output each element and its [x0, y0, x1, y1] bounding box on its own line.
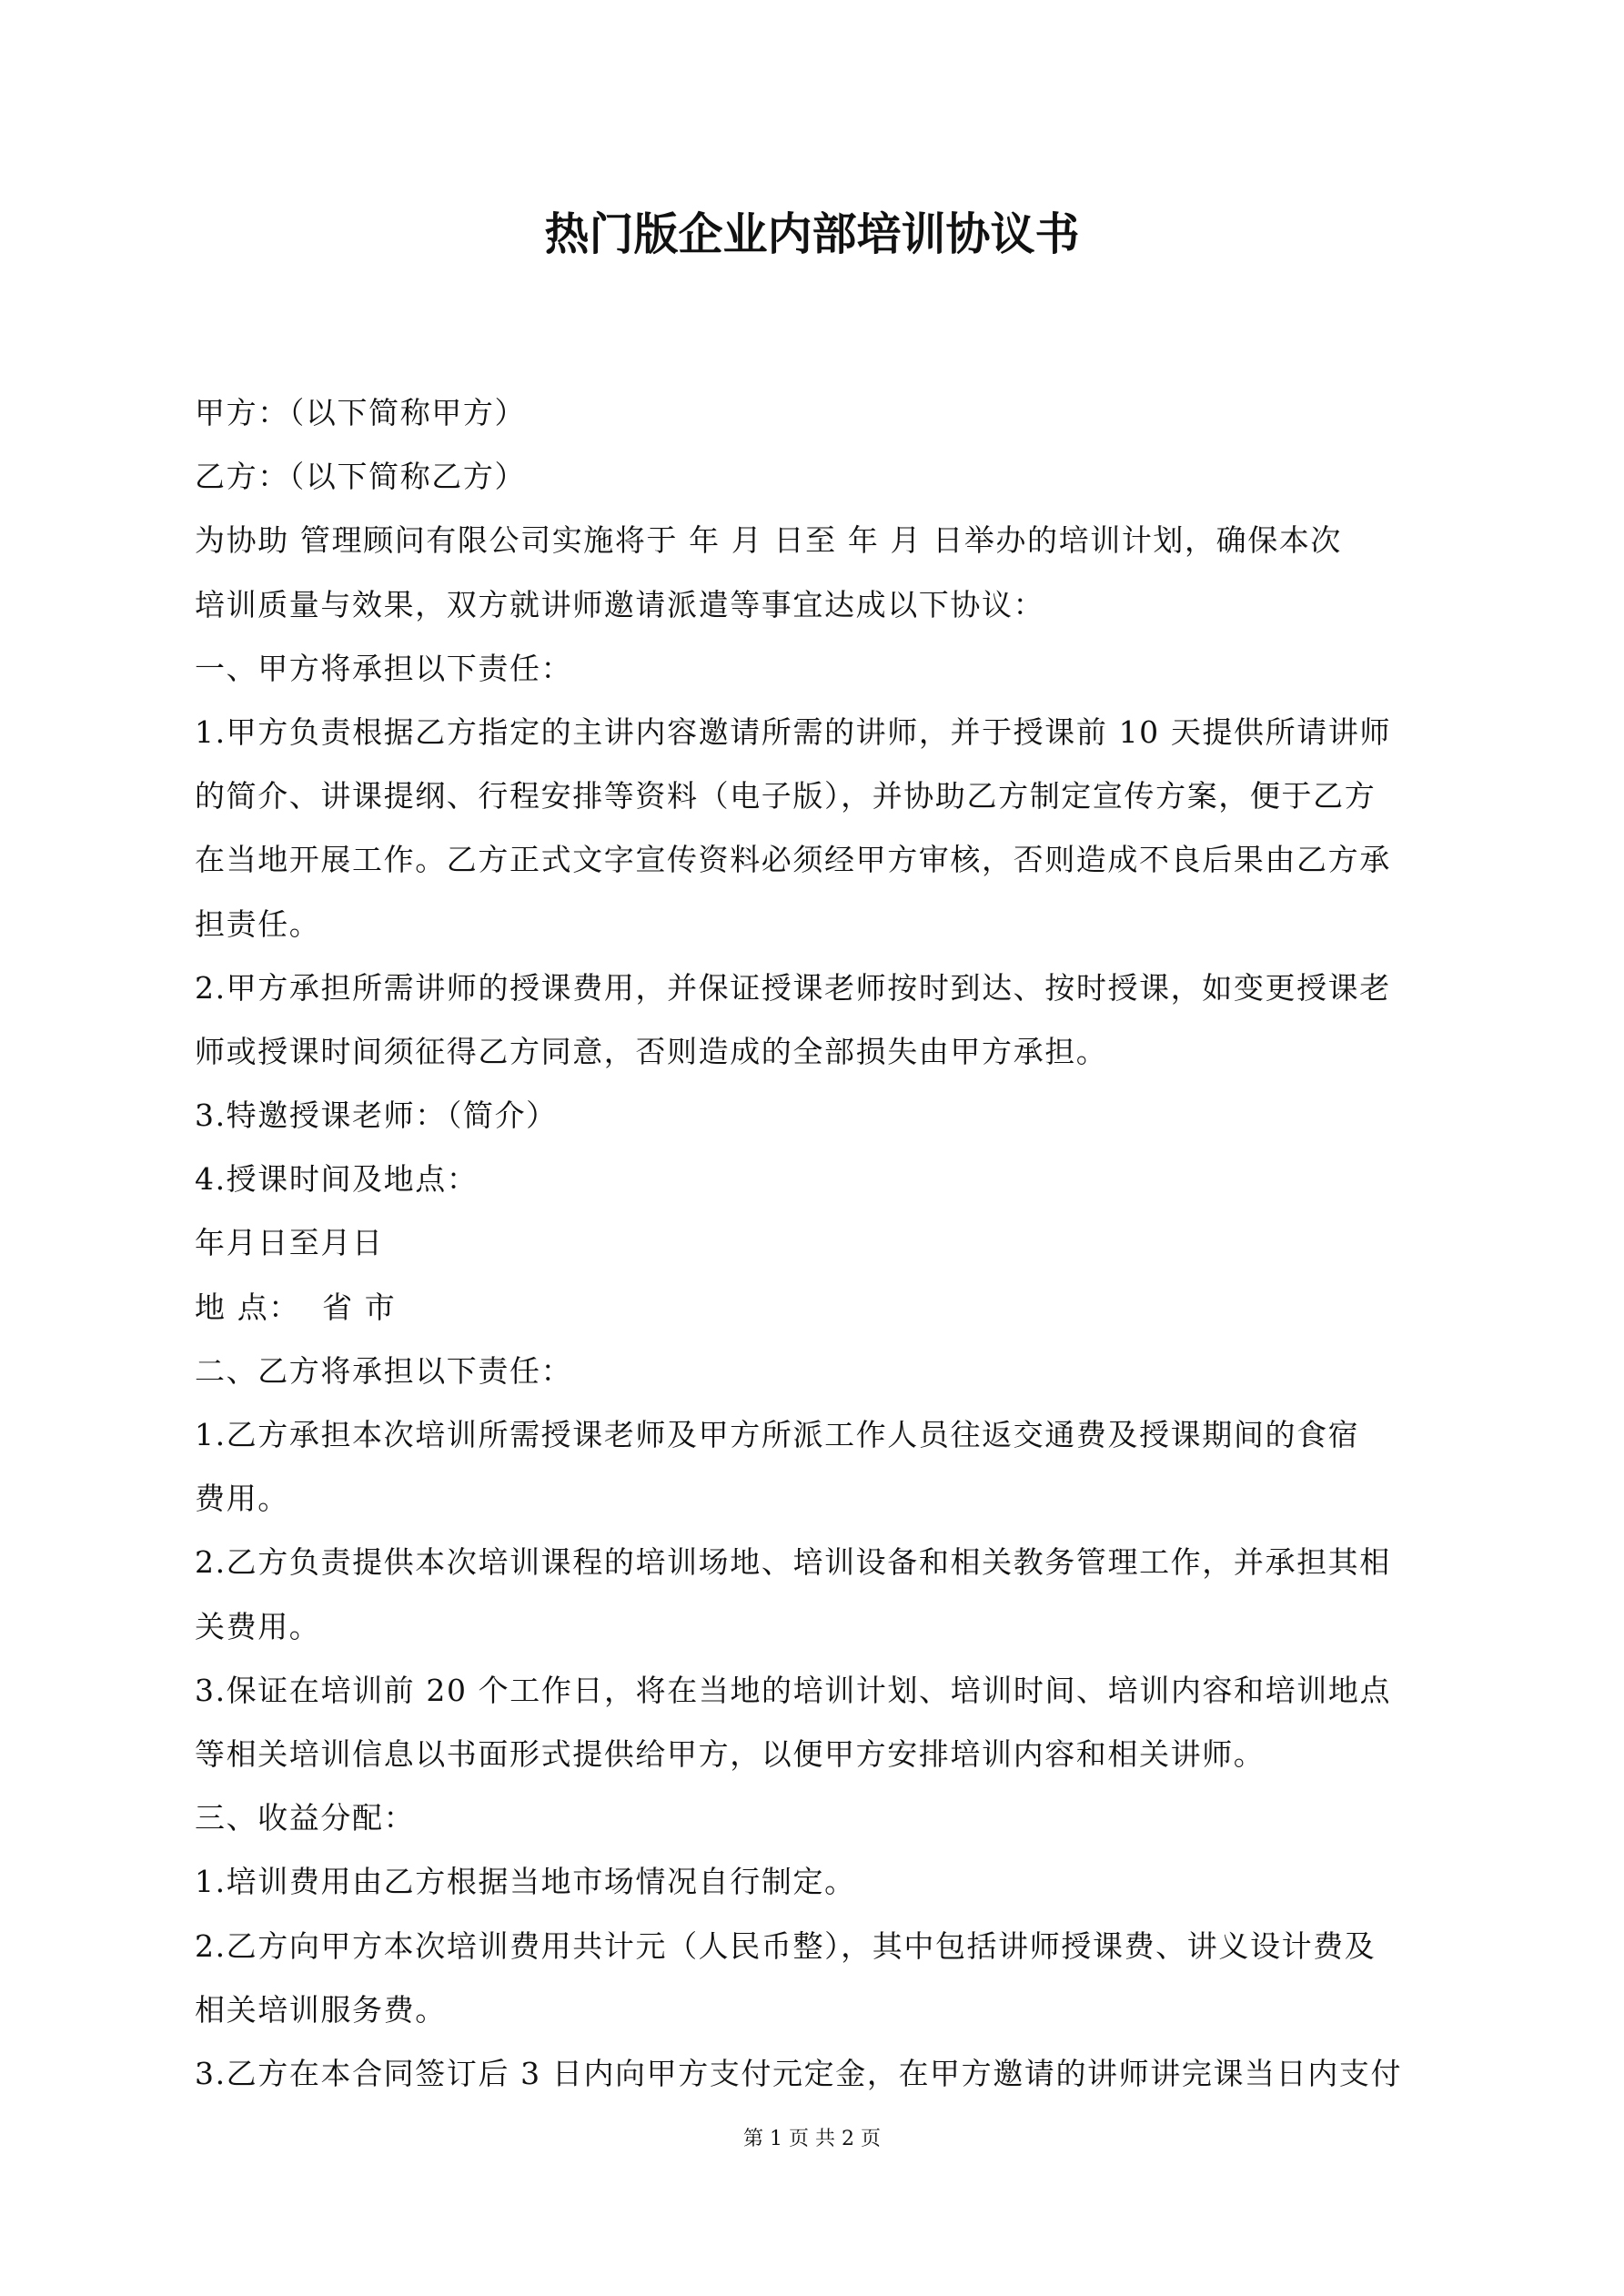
section-2-item-3-line-1: 3.保证在培训前 20 个工作日，将在当地的培训计划、培训时间、培训内容和培训地… — [195, 1659, 1434, 1723]
section-3-item-2-line-2: 相关培训服务费。 — [195, 1978, 1434, 2042]
section-1-item-2-line-1: 2.甲方承担所需讲师的授课费用，并保证授课老师按时到达、按时授课，如变更授课老 — [195, 956, 1434, 1020]
section-3-heading: 三、收益分配： — [195, 1786, 1434, 1850]
section-1-item-2-line-2: 师或授课时间须征得乙方同意，否则造成的全部损失由甲方承担。 — [195, 1020, 1434, 1084]
section-1-item-1-line-4: 担责任。 — [195, 893, 1434, 956]
training-location: 地 点： 省 市 — [195, 1276, 1434, 1340]
document-body: 甲方：（以下简称甲方） 乙方：（以下简称乙方） 为协助 管理顾问有限公司实施将于… — [195, 381, 1434, 2106]
section-1-item-1-line-1: 1.甲方负责根据乙方指定的主讲内容邀请所需的讲师，并于授课前 10 天提供所请讲… — [195, 701, 1434, 764]
section-1-item-1-line-2: 的简介、讲课提纲、行程安排等资料（电子版），并协助乙方制定宣传方案，便于乙方 — [195, 764, 1434, 828]
section-2-item-2-line-1: 2.乙方负责提供本次培训课程的培训场地、培训设备和相关教务管理工作，并承担其相 — [195, 1531, 1434, 1594]
section-3-item-3-line-1: 3.乙方在本合同签订后 3 日内向甲方支付元定金，在甲方邀请的讲师讲完课当日内支… — [195, 2042, 1434, 2106]
section-2-heading: 二、乙方将承担以下责任： — [195, 1340, 1434, 1403]
document-page: 热门版企业内部培训协议书 甲方：（以下简称甲方） 乙方：（以下简称乙方） 为协助… — [0, 0, 1624, 2296]
training-dates: 年月日至月日 — [195, 1211, 1434, 1275]
preamble-line-1: 为协助 管理顾问有限公司实施将于 年 月 日至 年 月 日举办的培训计划，确保本… — [195, 509, 1434, 572]
section-1-item-4: 4.授课时间及地点： — [195, 1148, 1434, 1211]
document-title: 热门版企业内部培训协议书 — [0, 202, 1624, 266]
section-3-item-2-line-1: 2.乙方向甲方本次培训费用共计元（人民币整），其中包括讲师授课费、讲义设计费及 — [195, 1915, 1434, 1978]
section-2-item-2-line-2: 关费用。 — [195, 1595, 1434, 1659]
section-2-item-1-line-2: 费用。 — [195, 1467, 1434, 1531]
section-1-item-3: 3.特邀授课老师：（简介） — [195, 1084, 1434, 1148]
preamble-line-2: 培训质量与效果，双方就讲师邀请派遣等事宜达成以下协议： — [195, 573, 1434, 637]
page-number-footer: 第 1 页 共 2 页 — [0, 2126, 1624, 2153]
party-a-line: 甲方：（以下简称甲方） — [195, 381, 1434, 445]
section-2-item-1-line-1: 1.乙方承担本次培训所需授课老师及甲方所派工作人员往返交通费及授课期间的食宿 — [195, 1403, 1434, 1467]
party-b-line: 乙方：（以下简称乙方） — [195, 445, 1434, 509]
section-3-item-1: 1.培训费用由乙方根据当地市场情况自行制定。 — [195, 1850, 1434, 1914]
section-2-item-3-line-2: 等相关培训信息以书面形式提供给甲方，以便甲方安排培训内容和相关讲师。 — [195, 1723, 1434, 1786]
section-1-item-1-line-3: 在当地开展工作。乙方正式文字宣传资料必须经甲方审核，否则造成不良后果由乙方承 — [195, 828, 1434, 892]
section-1-heading: 一、甲方将承担以下责任： — [195, 637, 1434, 701]
